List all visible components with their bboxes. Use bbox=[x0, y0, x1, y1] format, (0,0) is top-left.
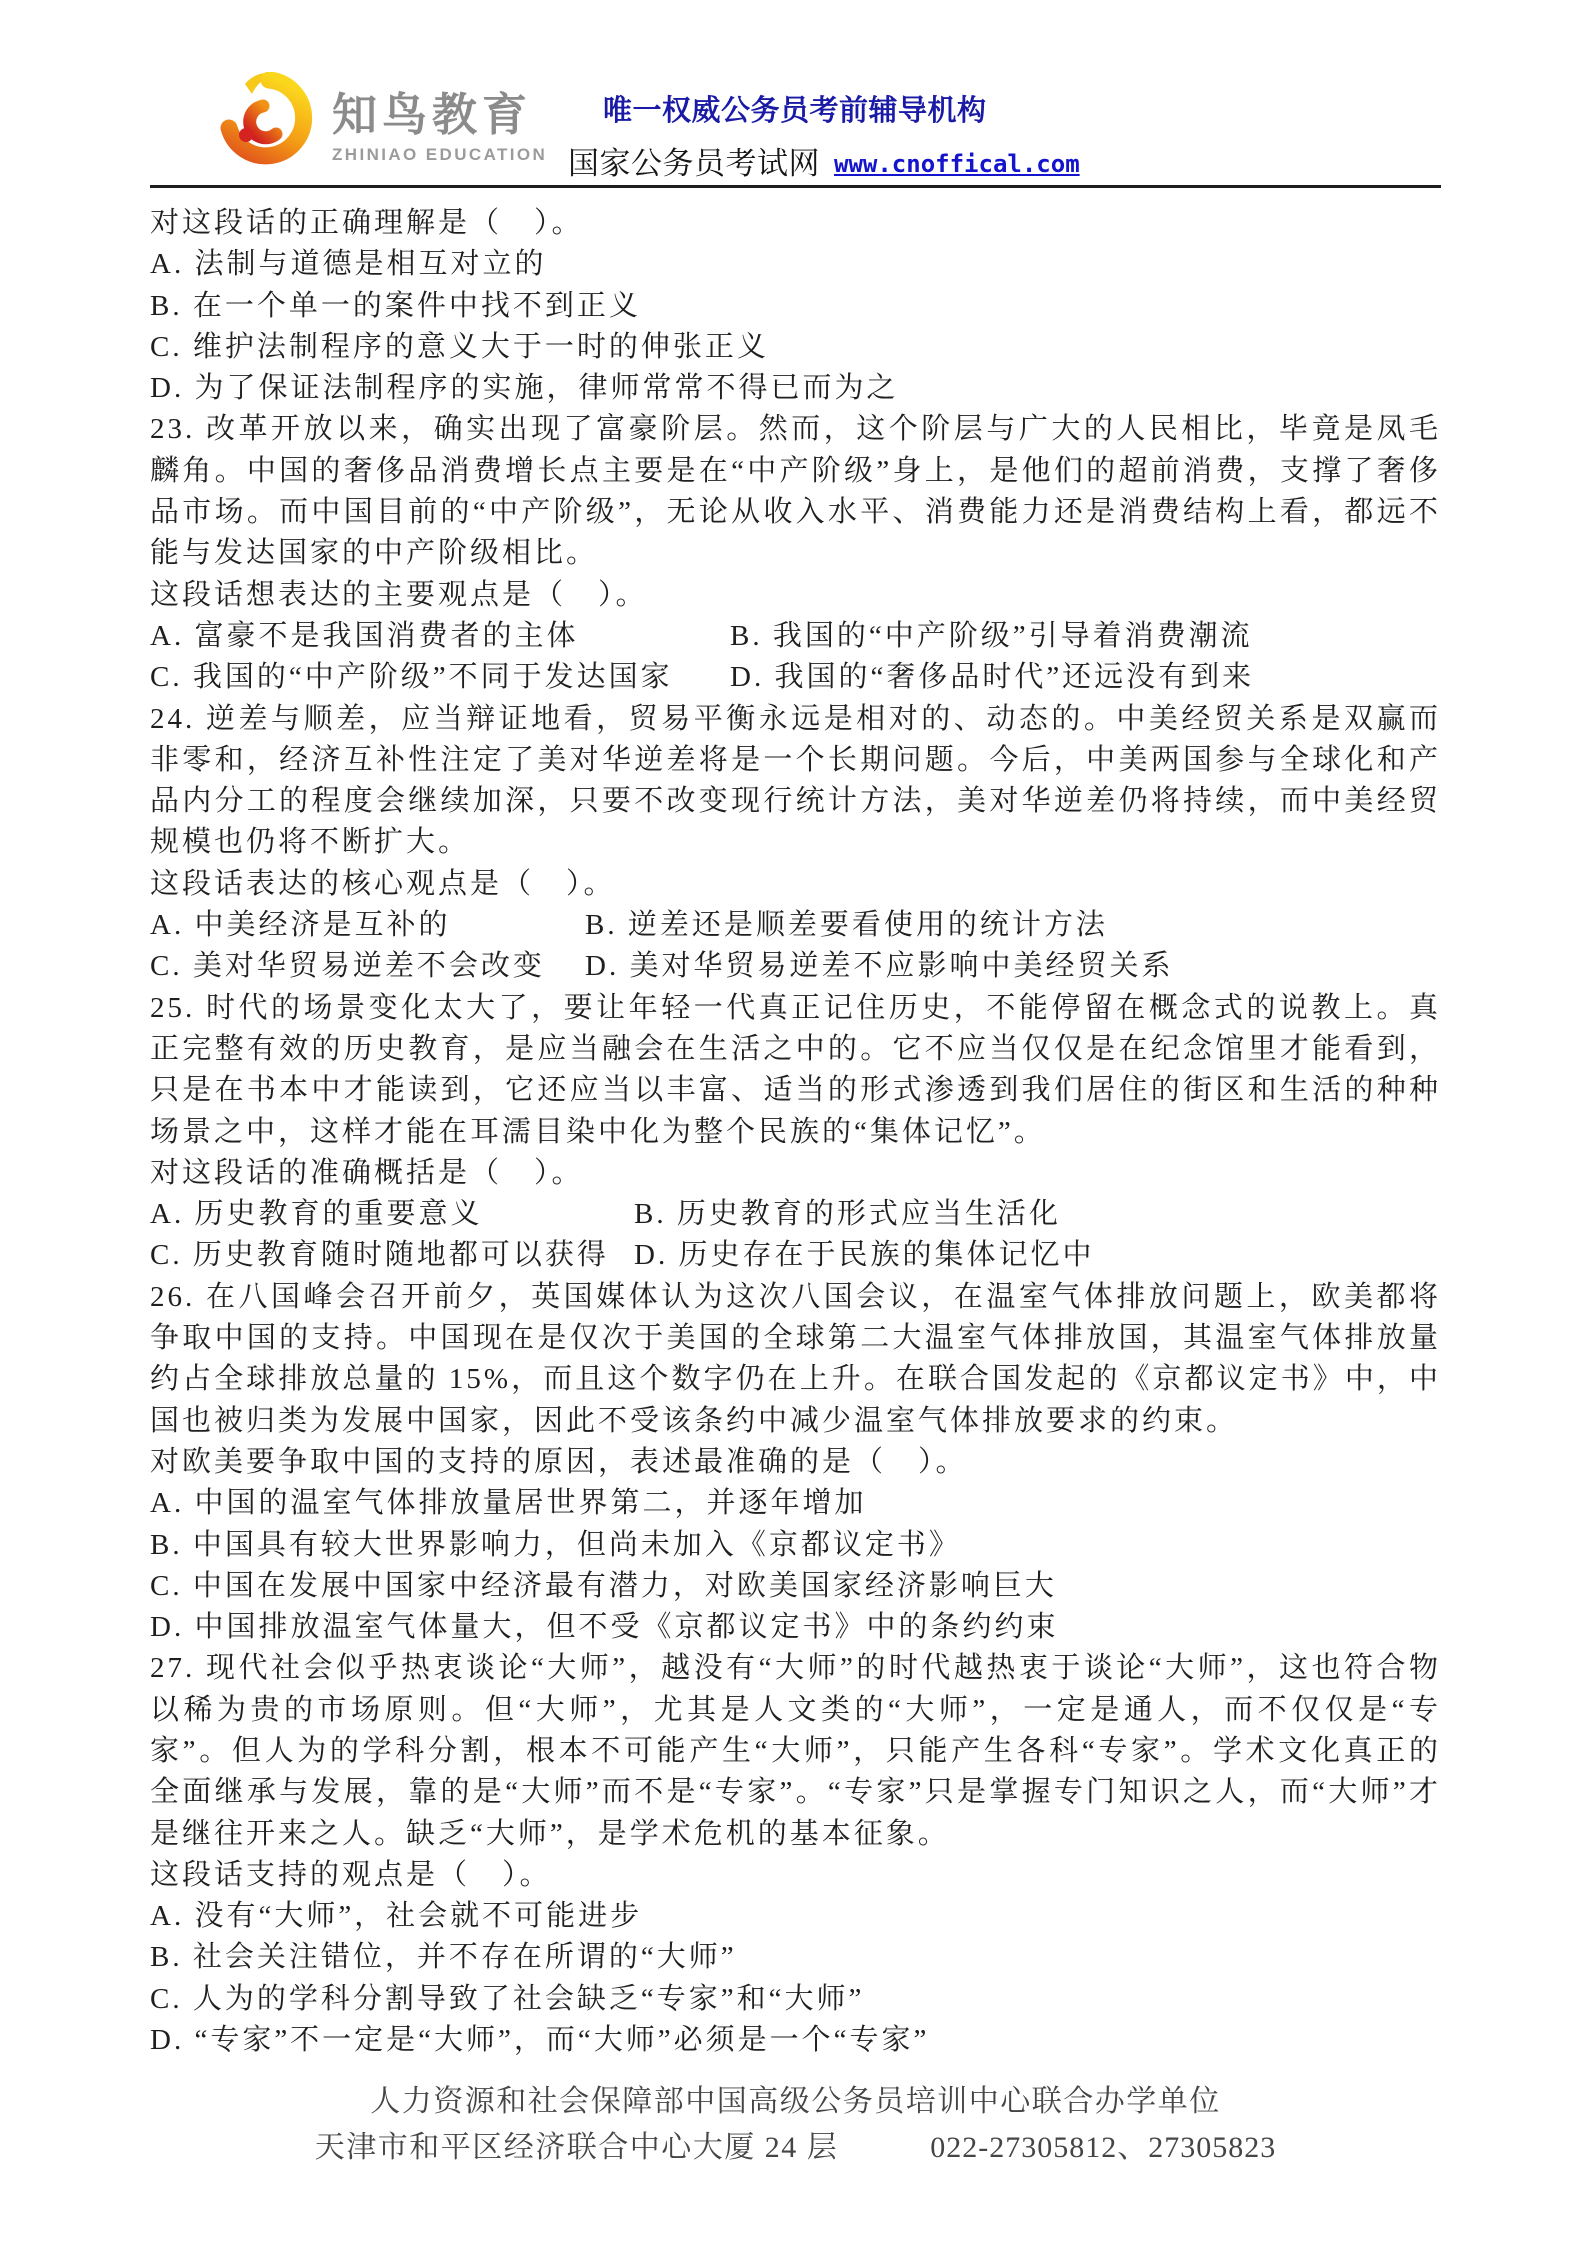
option-cell: D. 美对华贸易逆差不应影响中美经贸关系 bbox=[585, 946, 1173, 987]
option-line: A. 法制与道德是相互对立的 bbox=[150, 244, 1441, 285]
question-prompt: 对这段话的正确理解是（ ）。 bbox=[150, 203, 1441, 244]
option-line: B. 中国具有较大世界影响力，但尚未加入《京都议定书》 bbox=[150, 1525, 1441, 1566]
header-tagline: 唯一权威公务员考前辅导机构 bbox=[603, 88, 987, 129]
exam-question-carryover: 对这段话的正确理解是（ ）。 A. 法制与道德是相互对立的 B. 在一个单一的案… bbox=[150, 203, 1441, 409]
option-line: D. 为了保证法制程序的实施，律师常常不得已而为之 bbox=[150, 368, 1441, 409]
footer-address: 天津市和平区经济联合中心大厦 24 层 bbox=[315, 2131, 839, 2164]
logo-bird-swirl-icon bbox=[213, 72, 317, 172]
option-cell: B. 逆差还是顺差要看使用的统计方法 bbox=[585, 905, 1108, 946]
option-line: C. 人为的学科分割导致了社会缺乏“专家”和“大师” bbox=[150, 1979, 1441, 2020]
exam-question-26: 26. 在八国峰会召开前夕，英国媒体认为这次八国会议，在温室气体排放问题上，欧美… bbox=[150, 1277, 1441, 1649]
exam-content: 对这段话的正确理解是（ ）。 A. 法制与道德是相互对立的 B. 在一个单一的案… bbox=[150, 203, 1441, 2061]
options-row: A. 历史教育的重要意义 B. 历史教育的形式应当生活化 bbox=[150, 1194, 1441, 1235]
exam-question-24: 24. 逆差与顺差，应当辩证地看，贸易平衡永远是相对的、动态的。中美经贸关系是双… bbox=[150, 699, 1441, 988]
question-prompt: 对欧美要争取中国的支持的原因，表述最准确的是（ ）。 bbox=[150, 1442, 1441, 1483]
exam-question-23: 23. 改革开放以来，确实出现了富豪阶层。然而，这个阶层与广大的人民相比，毕竟是… bbox=[150, 409, 1441, 698]
question-prompt: 这段话支持的观点是（ ）。 bbox=[150, 1855, 1441, 1896]
header-divider bbox=[150, 185, 1441, 188]
question-prompt: 这段话表达的核心观点是（ ）。 bbox=[150, 864, 1441, 905]
footer-phones: 022-27305812、27305823 bbox=[930, 2131, 1276, 2164]
options-row: C. 历史教育随时随地都可以获得 D. 历史存在于民族的集体记忆中 bbox=[150, 1235, 1441, 1276]
option-cell: C. 我国的“中产阶级”不同于发达国家 bbox=[150, 657, 730, 698]
exam-question-27: 27. 现代社会似乎热衷谈论“大师”，越没有“大师”的时代越热衷于谈论“大师”，… bbox=[150, 1648, 1441, 2061]
question-stem: 27. 现代社会似乎热衷谈论“大师”，越没有“大师”的时代越热衷于谈论“大师”，… bbox=[150, 1648, 1441, 1854]
option-line: D. “专家”不一定是“大师”，而“大师”必须是一个“专家” bbox=[150, 2020, 1441, 2061]
option-cell: D. 我国的“奢侈品时代”还远没有到来 bbox=[730, 657, 1254, 698]
brand-name-en: ZHINIAO EDUCATION bbox=[332, 145, 592, 165]
exam-question-25: 25. 时代的场景变化太大了，要让年轻一代真正记住历史，不能停留在概念式的说教上… bbox=[150, 988, 1441, 1277]
options-row: A. 中美经济是互补的 B. 逆差还是顺差要看使用的统计方法 bbox=[150, 905, 1441, 946]
option-line: D. 中国排放温室气体量大，但不受《京都议定书》中的条约约束 bbox=[150, 1607, 1441, 1648]
option-line: C. 维护法制程序的意义大于一时的伸张正义 bbox=[150, 327, 1441, 368]
option-line: C. 中国在发展中国家中经济最有潜力，对欧美国家经济影响巨大 bbox=[150, 1566, 1441, 1607]
footer-organization: 人力资源和社会保障部中国高级公务员培训中心联合办学单位 bbox=[150, 2079, 1441, 2125]
options-row: A. 富豪不是我国消费者的主体 B. 我国的“中产阶级”引导着消费潮流 bbox=[150, 616, 1441, 657]
option-line: A. 没有“大师”，社会就不可能进步 bbox=[150, 1896, 1441, 1937]
option-cell: C. 美对华贸易逆差不会改变 bbox=[150, 946, 585, 987]
page-footer: 人力资源和社会保障部中国高级公务员培训中心联合办学单位 天津市和平区经济联合中心… bbox=[150, 2079, 1441, 2171]
question-prompt: 对这段话的准确概括是（ ）。 bbox=[150, 1153, 1441, 1194]
site-label: 国家公务员考试网 bbox=[568, 146, 820, 181]
option-cell: B. 历史教育的形式应当生活化 bbox=[634, 1194, 1061, 1235]
site-line: 国家公务员考试网www.cnoffical.com bbox=[568, 138, 1080, 183]
option-line: B. 社会关注错位，并不存在所谓的“大师” bbox=[150, 1937, 1441, 1978]
brand-name-cn: 知鸟教育 bbox=[332, 90, 592, 140]
option-line: B. 在一个单一的案件中找不到正义 bbox=[150, 286, 1441, 327]
question-stem: 24. 逆差与顺差，应当辩证地看，贸易平衡永远是相对的、动态的。中美经贸关系是双… bbox=[150, 699, 1441, 864]
option-cell: A. 历史教育的重要意义 bbox=[150, 1194, 634, 1235]
site-url-link[interactable]: www.cnoffical.com bbox=[834, 150, 1080, 178]
option-cell: A. 中美经济是互补的 bbox=[150, 905, 585, 946]
options-row: C. 我国的“中产阶级”不同于发达国家 D. 我国的“奢侈品时代”还远没有到来 bbox=[150, 657, 1441, 698]
document-page: 知鸟教育 ZHINIAO EDUCATION 唯一权威公务员考前辅导机构 国家公… bbox=[0, 0, 1594, 2250]
option-cell: B. 我国的“中产阶级”引导着消费潮流 bbox=[730, 616, 1253, 657]
question-stem: 26. 在八国峰会召开前夕，英国媒体认为这次八国会议，在温室气体排放问题上，欧美… bbox=[150, 1277, 1441, 1442]
option-cell: A. 富豪不是我国消费者的主体 bbox=[150, 616, 730, 657]
question-stem: 25. 时代的场景变化太大了，要让年轻一代真正记住历史，不能停留在概念式的说教上… bbox=[150, 988, 1441, 1153]
option-cell: C. 历史教育随时随地都可以获得 bbox=[150, 1235, 634, 1276]
brand-block: 知鸟教育 ZHINIAO EDUCATION bbox=[332, 90, 592, 165]
options-row: C. 美对华贸易逆差不会改变 D. 美对华贸易逆差不应影响中美经贸关系 bbox=[150, 946, 1441, 987]
option-line: A. 中国的温室气体排放量居世界第二，并逐年增加 bbox=[150, 1483, 1441, 1524]
footer-contact-line: 天津市和平区经济联合中心大厦 24 层022-27305812、27305823 bbox=[150, 2125, 1441, 2171]
option-cell: D. 历史存在于民族的集体记忆中 bbox=[634, 1235, 1094, 1276]
question-stem: 23. 改革开放以来，确实出现了富豪阶层。然而，这个阶层与广大的人民相比，毕竟是… bbox=[150, 409, 1441, 574]
question-prompt: 这段话想表达的主要观点是（ ）。 bbox=[150, 575, 1441, 616]
